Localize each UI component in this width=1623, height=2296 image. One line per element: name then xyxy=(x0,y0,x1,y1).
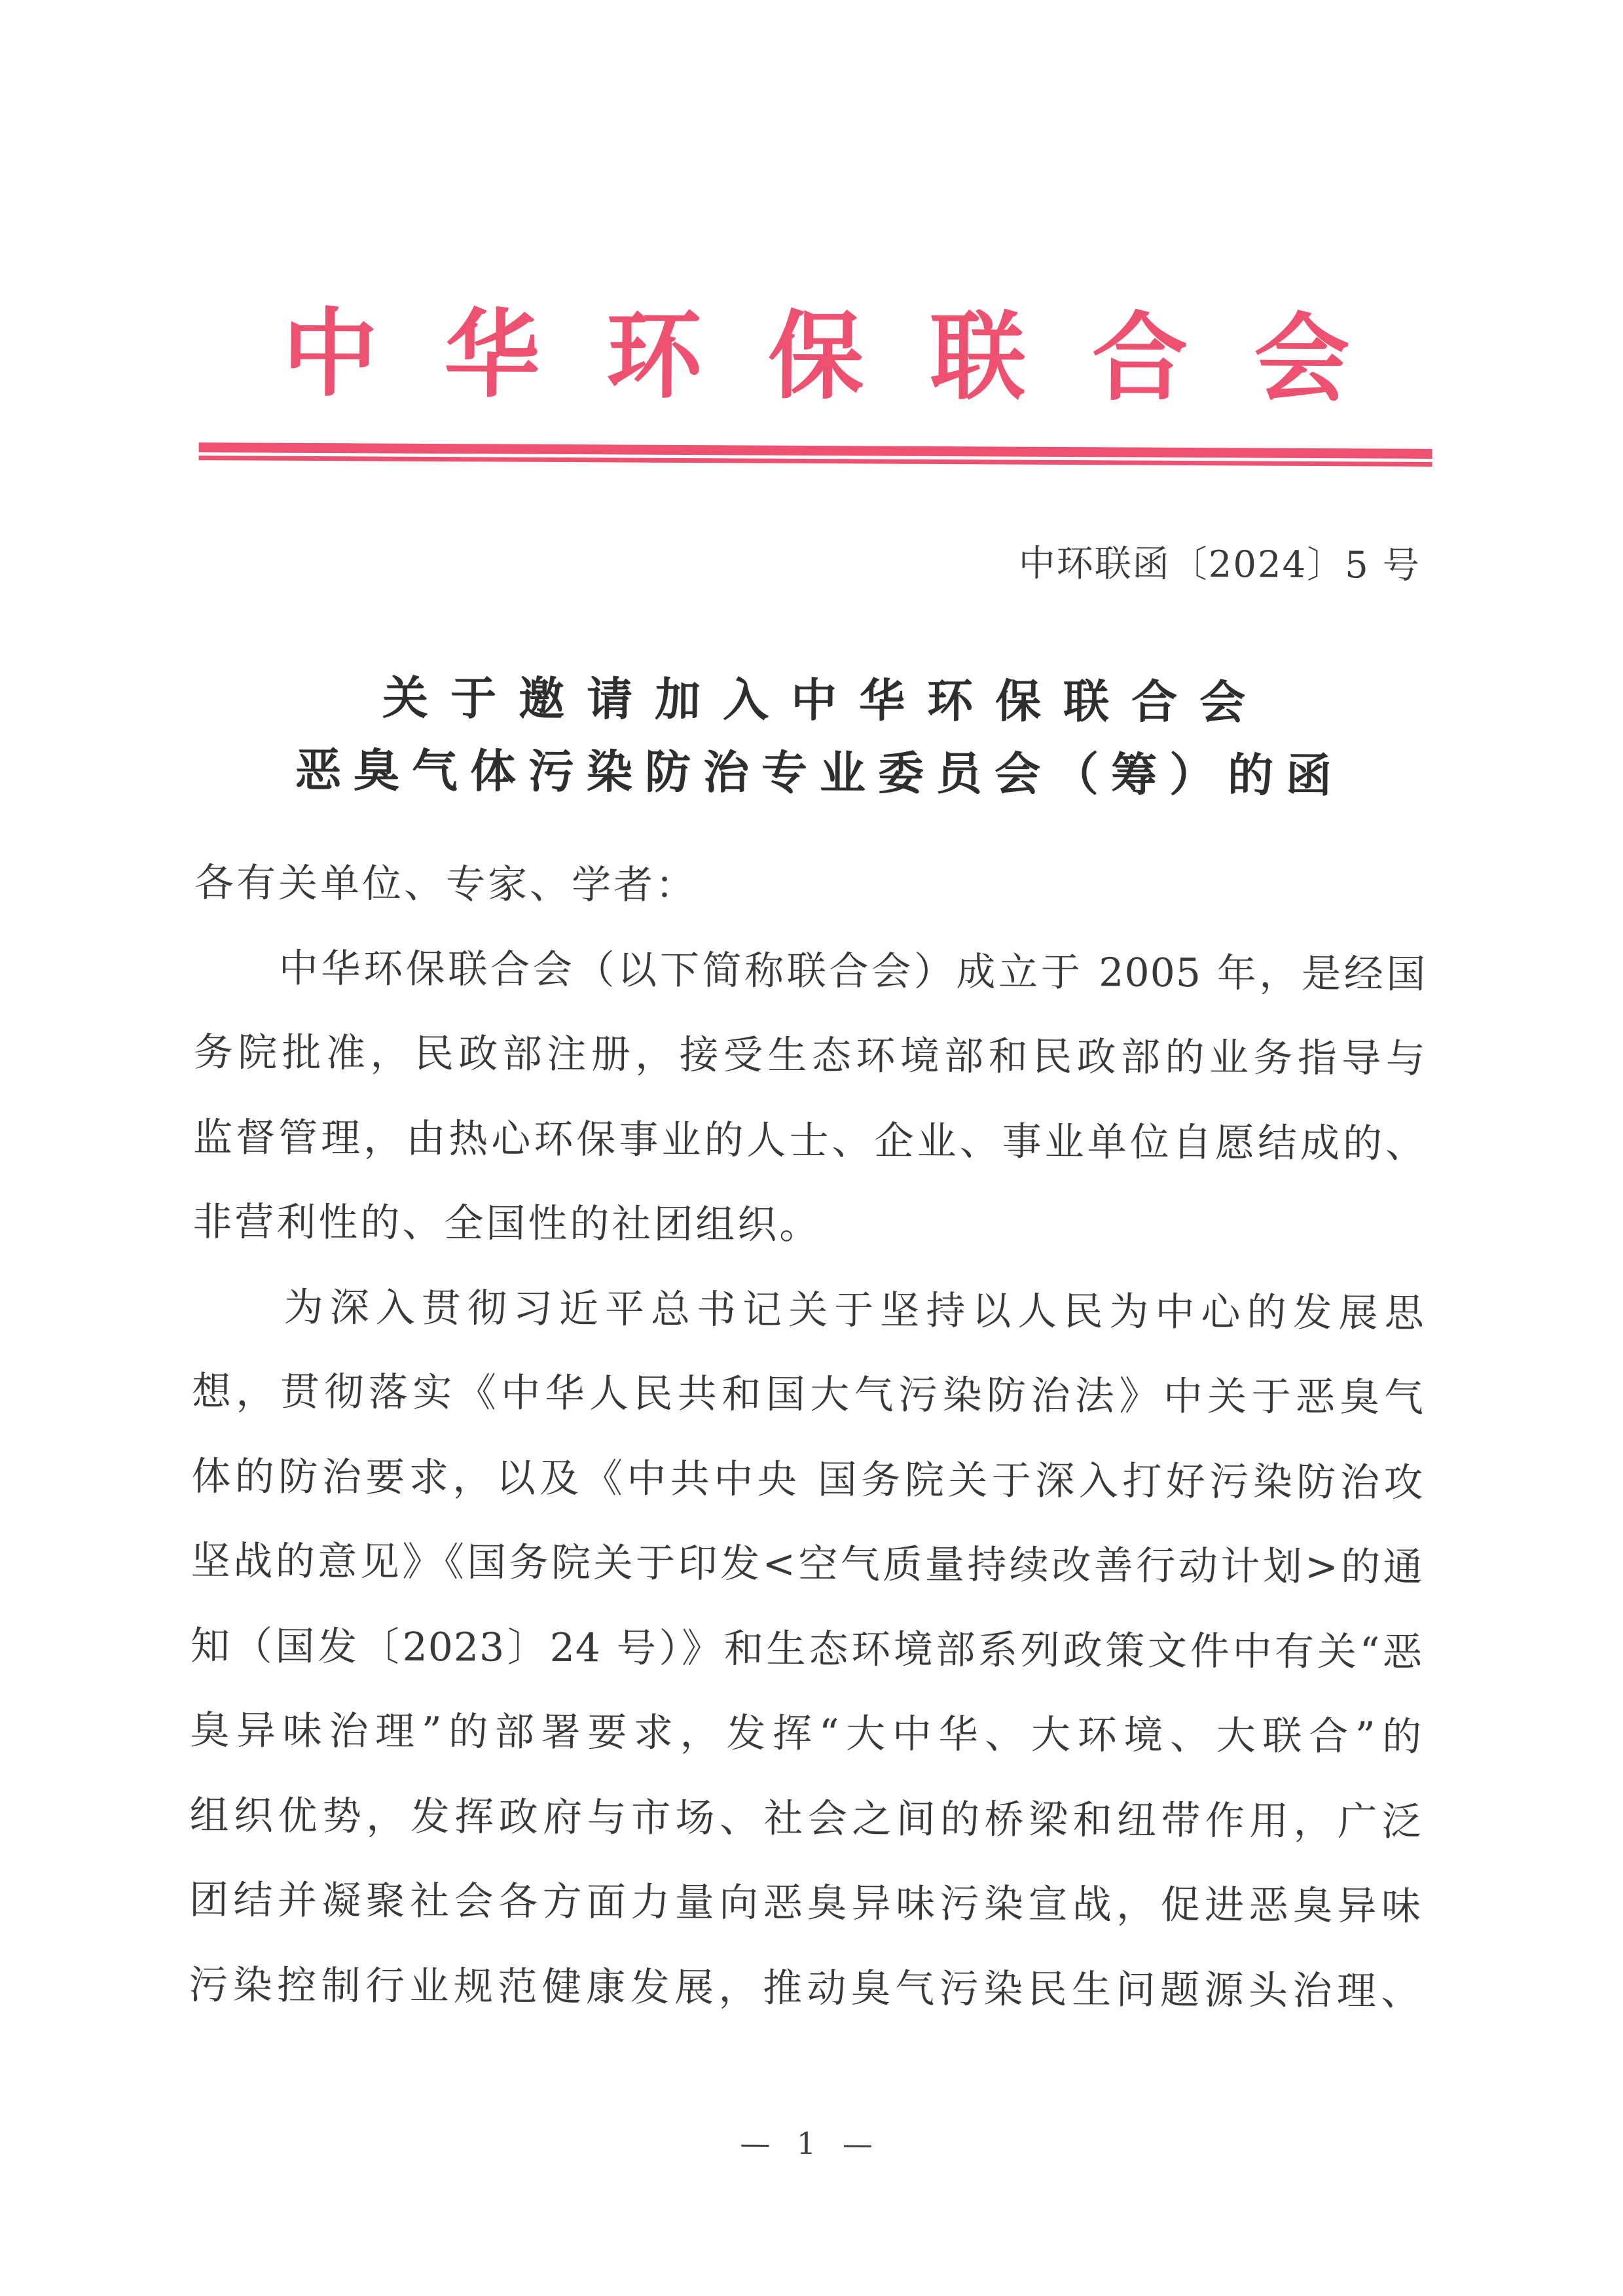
document-body: 各有关单位、专家、学者： 中华环保联合会（以下简称联合会）成立于 2005 年，… xyxy=(189,841,1427,2034)
document-title-line1: 关于邀请加入中华环保联合会 xyxy=(2,667,1623,734)
page-number: — 1 — xyxy=(0,2121,1618,2165)
body-line: 团结并凝聚社会各方面力量向恶臭异味污染宣战，促进恶臭异味 xyxy=(189,1858,1422,1949)
body-line: 想，贯彻落实《中华人民共和国大气污染防治法》中关于恶臭气 xyxy=(192,1350,1425,1441)
body-line: 中华环保联合会（以下简称联合会）成立于 2005 年，是经国 xyxy=(194,926,1427,1017)
body-line: 组织优势，发挥政府与市场、社会之间的桥梁和纽带作用，广泛 xyxy=(189,1774,1422,1865)
body-line: 非营利性的、全国性的社团组织。 xyxy=(192,1180,1425,1271)
document-number: 中环联函〔2024〕5 号 xyxy=(1019,539,1421,591)
body-line: 监督管理，由热心环保事业的人士、企业、事业单位自愿结成的、 xyxy=(193,1096,1426,1187)
body-line: 臭异味治理”的部署要求，发挥“大中华、大环境、大联合”的 xyxy=(190,1689,1423,1780)
body-line: 坚战的意见》《国务院关于印发<空气质量持续改善行动计划>的通 xyxy=(191,1519,1423,1610)
letterhead-org-name: 中 华 环 保 联 合 会 xyxy=(282,304,1350,410)
body-line: 污染控制行业规范健康发展，推动臭气污染民生问题源头治理、 xyxy=(189,1943,1421,2034)
body-line: 为深入贯彻习近平总书记关于坚持以人民为中心的发展思 xyxy=(192,1265,1425,1356)
body-line: 知（国发〔2023〕24 号）》和生态环境部系列政策文件中有关“恶 xyxy=(191,1604,1423,1695)
body-line: 体的防治要求，以及《中共中央 国务院关于深入打好污染防治攻 xyxy=(191,1435,1424,1526)
document-page: 中 华 环 保 联 合 会 中环联函〔2024〕5 号 关于邀请加入中华环保联合… xyxy=(0,0,1623,2296)
scanned-sheet: 中 华 环 保 联 合 会 中环联函〔2024〕5 号 关于邀请加入中华环保联合… xyxy=(0,0,1623,2296)
body-line: 务院批准，民政部注册，接受生态环境部和民政部的业务指导与 xyxy=(193,1011,1426,1102)
salutation-line: 各有关单位、专家、学者： xyxy=(194,841,1427,932)
document-title-line2: 恶臭气体污染防治专业委员会（筹）的函 xyxy=(2,740,1623,807)
